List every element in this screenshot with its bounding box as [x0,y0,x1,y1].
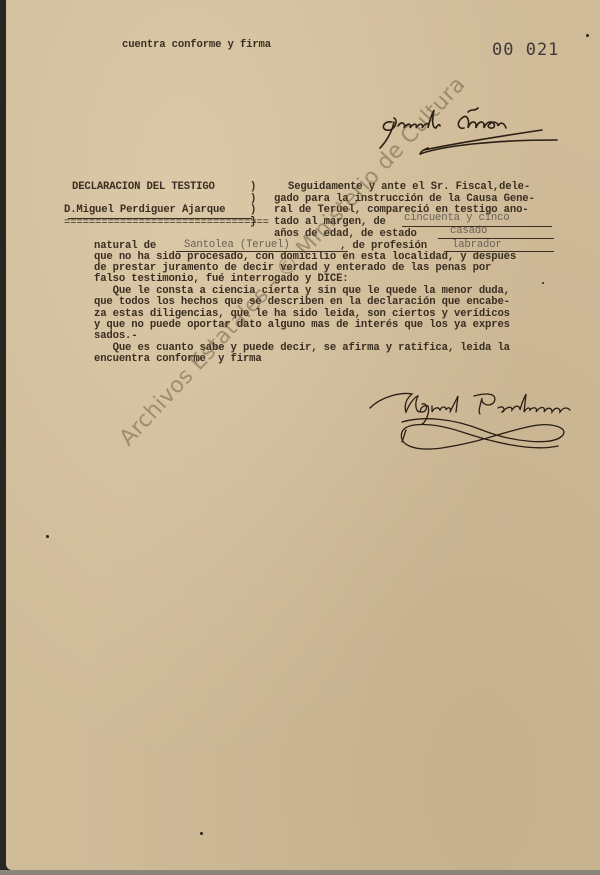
scan-edge [0,870,600,875]
page-number: 00 021 [492,40,559,60]
age-field: cincuenta y cinco [404,213,510,224]
paper-speck [200,832,203,835]
document-page: cuentra conforme y firma 00 021 Gerardo … [6,0,600,870]
bracket-4: } [250,217,256,228]
body-line-5: que todos los hechos que se describen en… [94,297,510,308]
body-right-line-5: años de edad, de estado [274,229,417,240]
birthplace-field: Santolea (Teruel) [184,240,290,251]
witness-signature: Miguel Perdiguer [362,382,582,460]
paper-speck [542,282,544,284]
paper-speck [586,34,589,37]
witness-name: D.Miguel Perdiguer Ajarque [64,205,225,216]
body-line-8: sados.- [94,331,137,342]
body-line-3: falso testimonio, fué interrogado y DICE… [94,274,349,285]
body-line-7: y que no puede oportar dato alguno mas d… [94,320,510,331]
bracket-1: ) [250,182,256,193]
header-fragment: cuentra conforme y firma [122,40,271,51]
paper-speck [46,535,49,538]
civil-status-field: casado [450,226,487,237]
double-rule: ================================= [64,218,269,229]
profession-field: labrador [452,240,502,251]
body-line-10: encuentra conforme y firma [94,354,262,365]
body-right-line-1: Seguidamente y ante el Sr. Fiscal,dele- [288,182,530,193]
bracket-3: ) [250,205,256,216]
declaration-title: DECLARACION DEL TESTIGO [72,182,215,193]
